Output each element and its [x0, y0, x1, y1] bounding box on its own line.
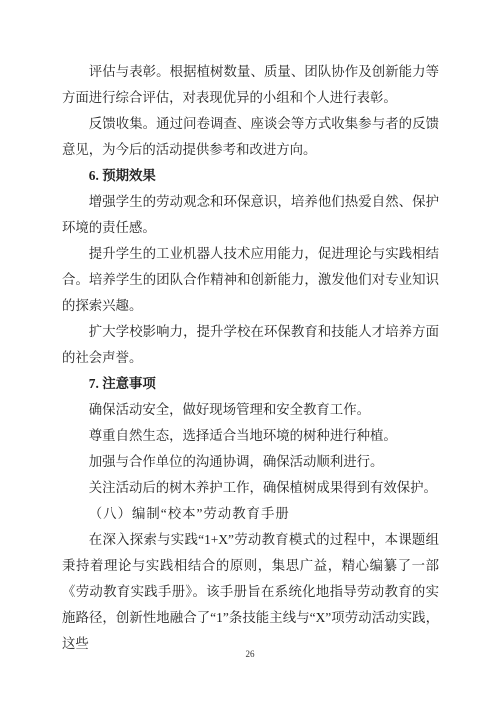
section-heading-7: 7. 注意事项 [62, 371, 439, 397]
subsection-heading: （八）编制“校本”劳动教育手册 [62, 501, 439, 527]
section-heading-6: 6. 预期效果 [62, 163, 439, 189]
paragraph: 关注活动后的树木养护工作，确保植树成果得到有效保护。 [62, 475, 439, 501]
document-page: 评估与表彰。根据植树数量、质量、团队协作及创新能力等方面进行综合评估，对表现优异… [0, 0, 500, 707]
document-content: 评估与表彰。根据植树数量、质量、团队协作及创新能力等方面进行综合评估，对表现优异… [62, 59, 439, 657]
paragraph: 增强学生的劳动观念和环保意识，培养他们热爱自然、保护环境的责任感。 [62, 189, 439, 241]
page-number: 26 [0, 648, 500, 660]
paragraph: 提升学生的工业机器人技术应用能力，促进理论与实践相结合。培养学生的团队合作精神和… [62, 241, 439, 319]
paragraph: 加强与合作单位的沟通协调，确保活动顺利进行。 [62, 449, 439, 475]
paragraph: 扩大学校影响力，提升学校在环保教育和技能人才培养方面的社会声誉。 [62, 319, 439, 371]
paragraph: 尊重自然生态，选择适合当地环境的树种进行种植。 [62, 423, 439, 449]
paragraph: 在深入探索与实践“1+X”劳动教育模式的过程中，本课题组秉持着理论与实践相结合的… [62, 527, 439, 657]
paragraph: 评估与表彰。根据植树数量、质量、团队协作及创新能力等方面进行综合评估，对表现优异… [62, 59, 439, 111]
paragraph: 确保活动安全，做好现场管理和安全教育工作。 [62, 397, 439, 423]
paragraph: 反馈收集。通过问卷调查、座谈会等方式收集参与者的反馈意见，为今后的活动提供参考和… [62, 111, 439, 163]
